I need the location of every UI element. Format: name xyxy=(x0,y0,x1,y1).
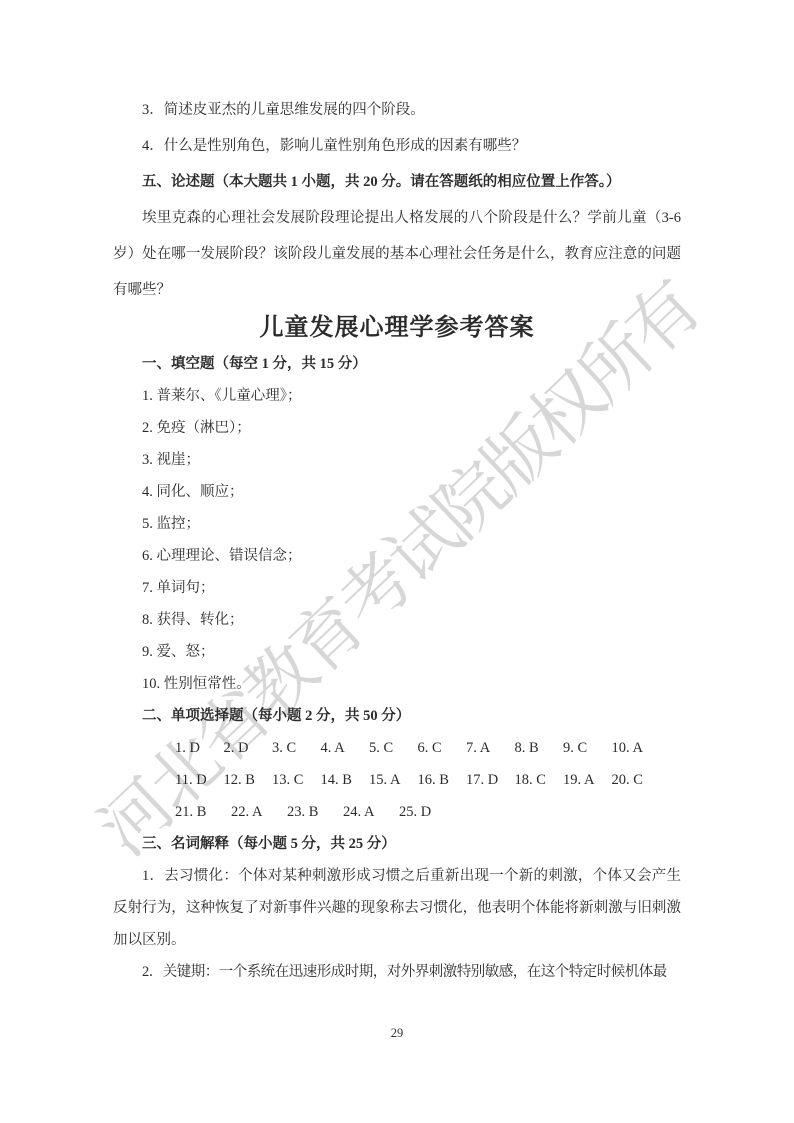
fill-in-item: 4. 同化、顺应； xyxy=(113,476,681,508)
choice-answer: 10. A xyxy=(612,732,661,764)
fill-in-item: 8. 获得、转化； xyxy=(113,604,681,636)
choice-answers-row-1: 1. D 2. D 3. C 4. A 5. C 6. C 7. A 8. B … xyxy=(113,732,681,764)
fill-in-item: 7. 单词句； xyxy=(113,572,681,604)
fill-in-item: 10. 性别恒常性。 xyxy=(113,668,681,700)
essay-question: 埃里克森的心理社会发展阶段理论提出人格发展的八个阶段是什么？学前儿童（3-6岁）… xyxy=(113,200,681,308)
fill-in-item: 6. 心理理论、错误信念； xyxy=(113,540,681,572)
definition-item-2: 2．关键期：一个系统在迅速形成时期，对外界刺激特别敏感，在这个特定时候机体最 xyxy=(113,956,681,988)
choice-answer: 2. D xyxy=(224,732,273,764)
choice-answer: 23. B xyxy=(287,796,343,828)
choice-answer: 12. B xyxy=(224,764,273,796)
answer-key-title: 儿童发展心理学参考答案 xyxy=(113,308,681,348)
choice-answer: 22. A xyxy=(231,796,287,828)
page-number: 29 xyxy=(0,1026,794,1041)
choice-answer: 15. A xyxy=(369,764,418,796)
fill-in-item: 3. 视崖； xyxy=(113,444,681,476)
choice-answer: 19. A xyxy=(563,764,612,796)
page-content: 3．简述皮亚杰的儿童思维发展的四个阶段。 4．什么是性别角色，影响儿童性别角色形… xyxy=(113,92,681,988)
essay-section-heading: 五、论述题（本大题共 1 小题，共 20 分。请在答题纸的相应位置上作答。） xyxy=(113,164,681,200)
multiple-choice-section-heading: 二、单项选择题（每小题 2 分，共 50 分） xyxy=(113,700,681,732)
definition-item-1: 1．去习惯化：个体对某种刺激形成习惯之后重新出现一个新的刺激，个体又会产生反射行… xyxy=(113,860,681,956)
choice-answer: 3. C xyxy=(272,732,321,764)
choice-answer: 21. B xyxy=(175,796,231,828)
question-item-4: 4．什么是性别角色，影响儿童性别角色形成的因素有哪些？ xyxy=(113,128,681,164)
choice-answer: 13. C xyxy=(272,764,321,796)
choice-answer: 17. D xyxy=(466,764,515,796)
choice-answer: 9. C xyxy=(563,732,612,764)
document-page: 河北省教育考试院版权所有 3．简述皮亚杰的儿童思维发展的四个阶段。 4．什么是性… xyxy=(0,0,794,1123)
choice-answer: 24. A xyxy=(343,796,399,828)
choice-answer: 11. D xyxy=(175,764,224,796)
choice-answer: 14. B xyxy=(321,764,370,796)
choice-answer: 5. C xyxy=(369,732,418,764)
choice-answer: 7. A xyxy=(466,732,515,764)
choice-answer: 25. D xyxy=(399,796,455,828)
choice-answer: 6. C xyxy=(418,732,467,764)
choice-answer: 8. B xyxy=(515,732,564,764)
fill-in-item: 1. 普莱尔、《儿童心理》； xyxy=(113,380,681,412)
choice-answer: 1. D xyxy=(175,732,224,764)
fill-in-answer-list: 1. 普莱尔、《儿童心理》； 2. 免疫（淋巴）； 3. 视崖； 4. 同化、顺… xyxy=(113,380,681,700)
fill-in-item: 2. 免疫（淋巴）； xyxy=(113,412,681,444)
choice-answer: 4. A xyxy=(321,732,370,764)
choice-answer: 18. C xyxy=(515,764,564,796)
question-item-3: 3．简述皮亚杰的儿童思维发展的四个阶段。 xyxy=(113,92,681,128)
choice-answers-row-2: 11. D 12. B 13. C 14. B 15. A 16. B 17. … xyxy=(113,764,681,796)
choice-answers-row-3: 21. B 22. A 23. B 24. A 25. D xyxy=(113,796,681,828)
choice-answer: 20. C xyxy=(612,764,661,796)
fill-in-item: 9. 爱、怒； xyxy=(113,636,681,668)
definitions-section-heading: 三、名词解释（每小题 5 分，共 25 分） xyxy=(113,828,681,860)
fill-in-item: 5. 监控； xyxy=(113,508,681,540)
fill-in-section-heading: 一、填空题（每空 1 分，共 15 分） xyxy=(113,348,681,380)
choice-answer: 16. B xyxy=(418,764,467,796)
